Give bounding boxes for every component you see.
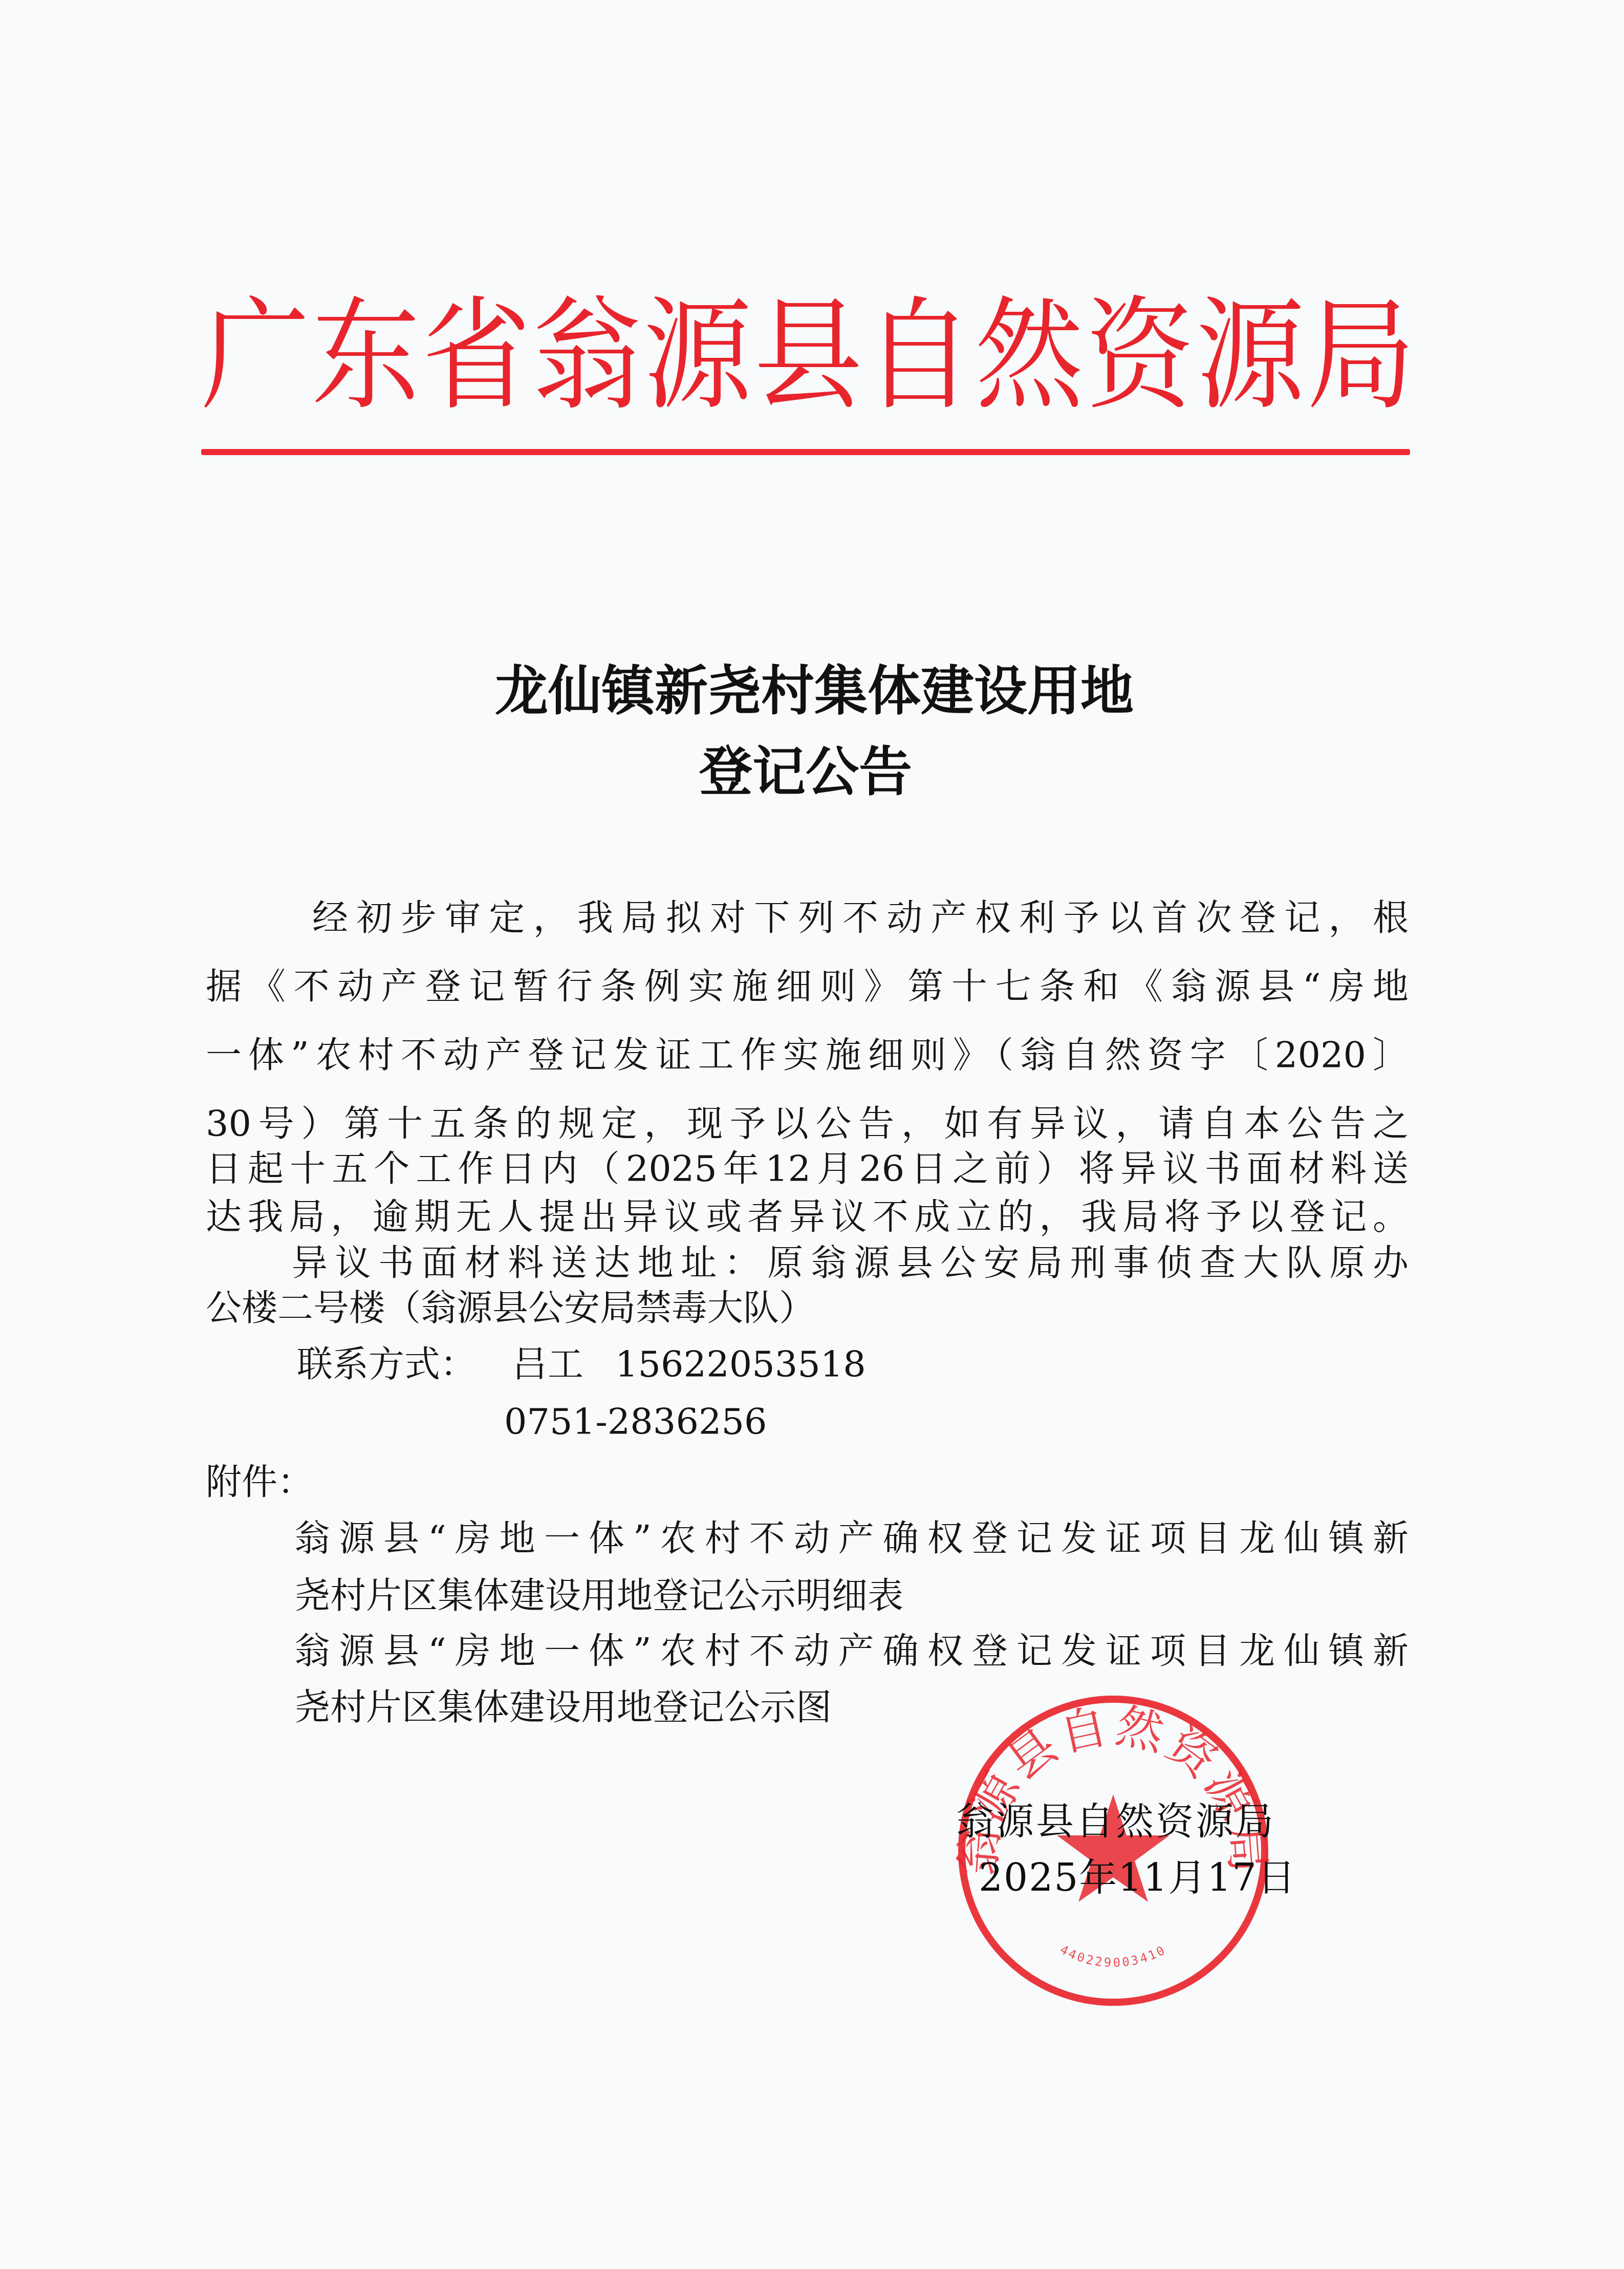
letterhead-issuer: 广东省翁源县自然资源局 xyxy=(201,287,1410,425)
signature-organization: 翁源县自然资源局 xyxy=(956,1801,1275,1842)
official-seal-stamp: 翁源县自然资源局 440229003410 xyxy=(955,1692,1272,2009)
objection-address-line: 异议书面材料送达地址：原翁源县公安局刑事侦查大队原办 xyxy=(292,1240,1409,1286)
attachments-label: 附件： xyxy=(206,1459,313,1505)
attachment-item-2-line2: 尧村片区集体建设用地登记公示图 xyxy=(294,1684,832,1730)
attachment-item-1-line1: 翁源县“房地一体”农村不动产确权登记发证项目龙仙镇新 xyxy=(294,1515,1409,1561)
contact-person: 吕工 xyxy=(512,1341,583,1387)
letterhead-red-rule xyxy=(201,449,1410,455)
document-title-line1: 龙仙镇新尧村集体建设用地 xyxy=(210,660,1419,722)
body-paragraph1-line: 一体”农村不动产登记发证工作实施细则》（翁自然资字〔2020〕 xyxy=(206,1032,1409,1078)
body-paragraph1-line: 日起十五个工作日内（2025年12月26日之前）将异议书面材料送 xyxy=(206,1146,1409,1192)
svg-text:440229003410: 440229003410 xyxy=(1057,1942,1168,1970)
contact-landline: 0751-2836256 xyxy=(504,1399,767,1445)
attachment-item-2-line1: 翁源县“房地一体”农村不动产确权登记发证项目龙仙镇新 xyxy=(294,1628,1409,1674)
contact-label: 联系方式： xyxy=(297,1341,476,1387)
body-paragraph1-line: 达我局，逾期无人提出异议或者异议不成立的，我局将予以登记。 xyxy=(206,1194,1409,1240)
contact-mobile: 15622053518 xyxy=(615,1341,866,1387)
document-title-line2: 登记公告 xyxy=(201,741,1410,803)
document-page: 广东省翁源县自然资源局 龙仙镇新尧村集体建设用地 登记公告 经初步审定，我局拟对… xyxy=(0,0,1624,2269)
signature-date: 2025年11月17日 xyxy=(979,1857,1296,1898)
body-paragraph1-line: 据《不动产登记暂行条例实施细则》第十七条和《翁源县“房地 xyxy=(206,964,1409,1010)
objection-address-line: 公楼二号楼（翁源县公安局禁毒大队） xyxy=(206,1285,815,1331)
body-paragraph1-line: 经初步审定，我局拟对下列不动产权利予以首次登记，根 xyxy=(312,895,1409,941)
body-paragraph1-line: 30号）第十五条的规定，现予以公告，如有异议，请自本公告之 xyxy=(206,1101,1409,1147)
stamp-serial: 440229003410 xyxy=(1057,1942,1168,1970)
attachment-item-1-line2: 尧村片区集体建设用地登记公示明细表 xyxy=(294,1573,903,1619)
